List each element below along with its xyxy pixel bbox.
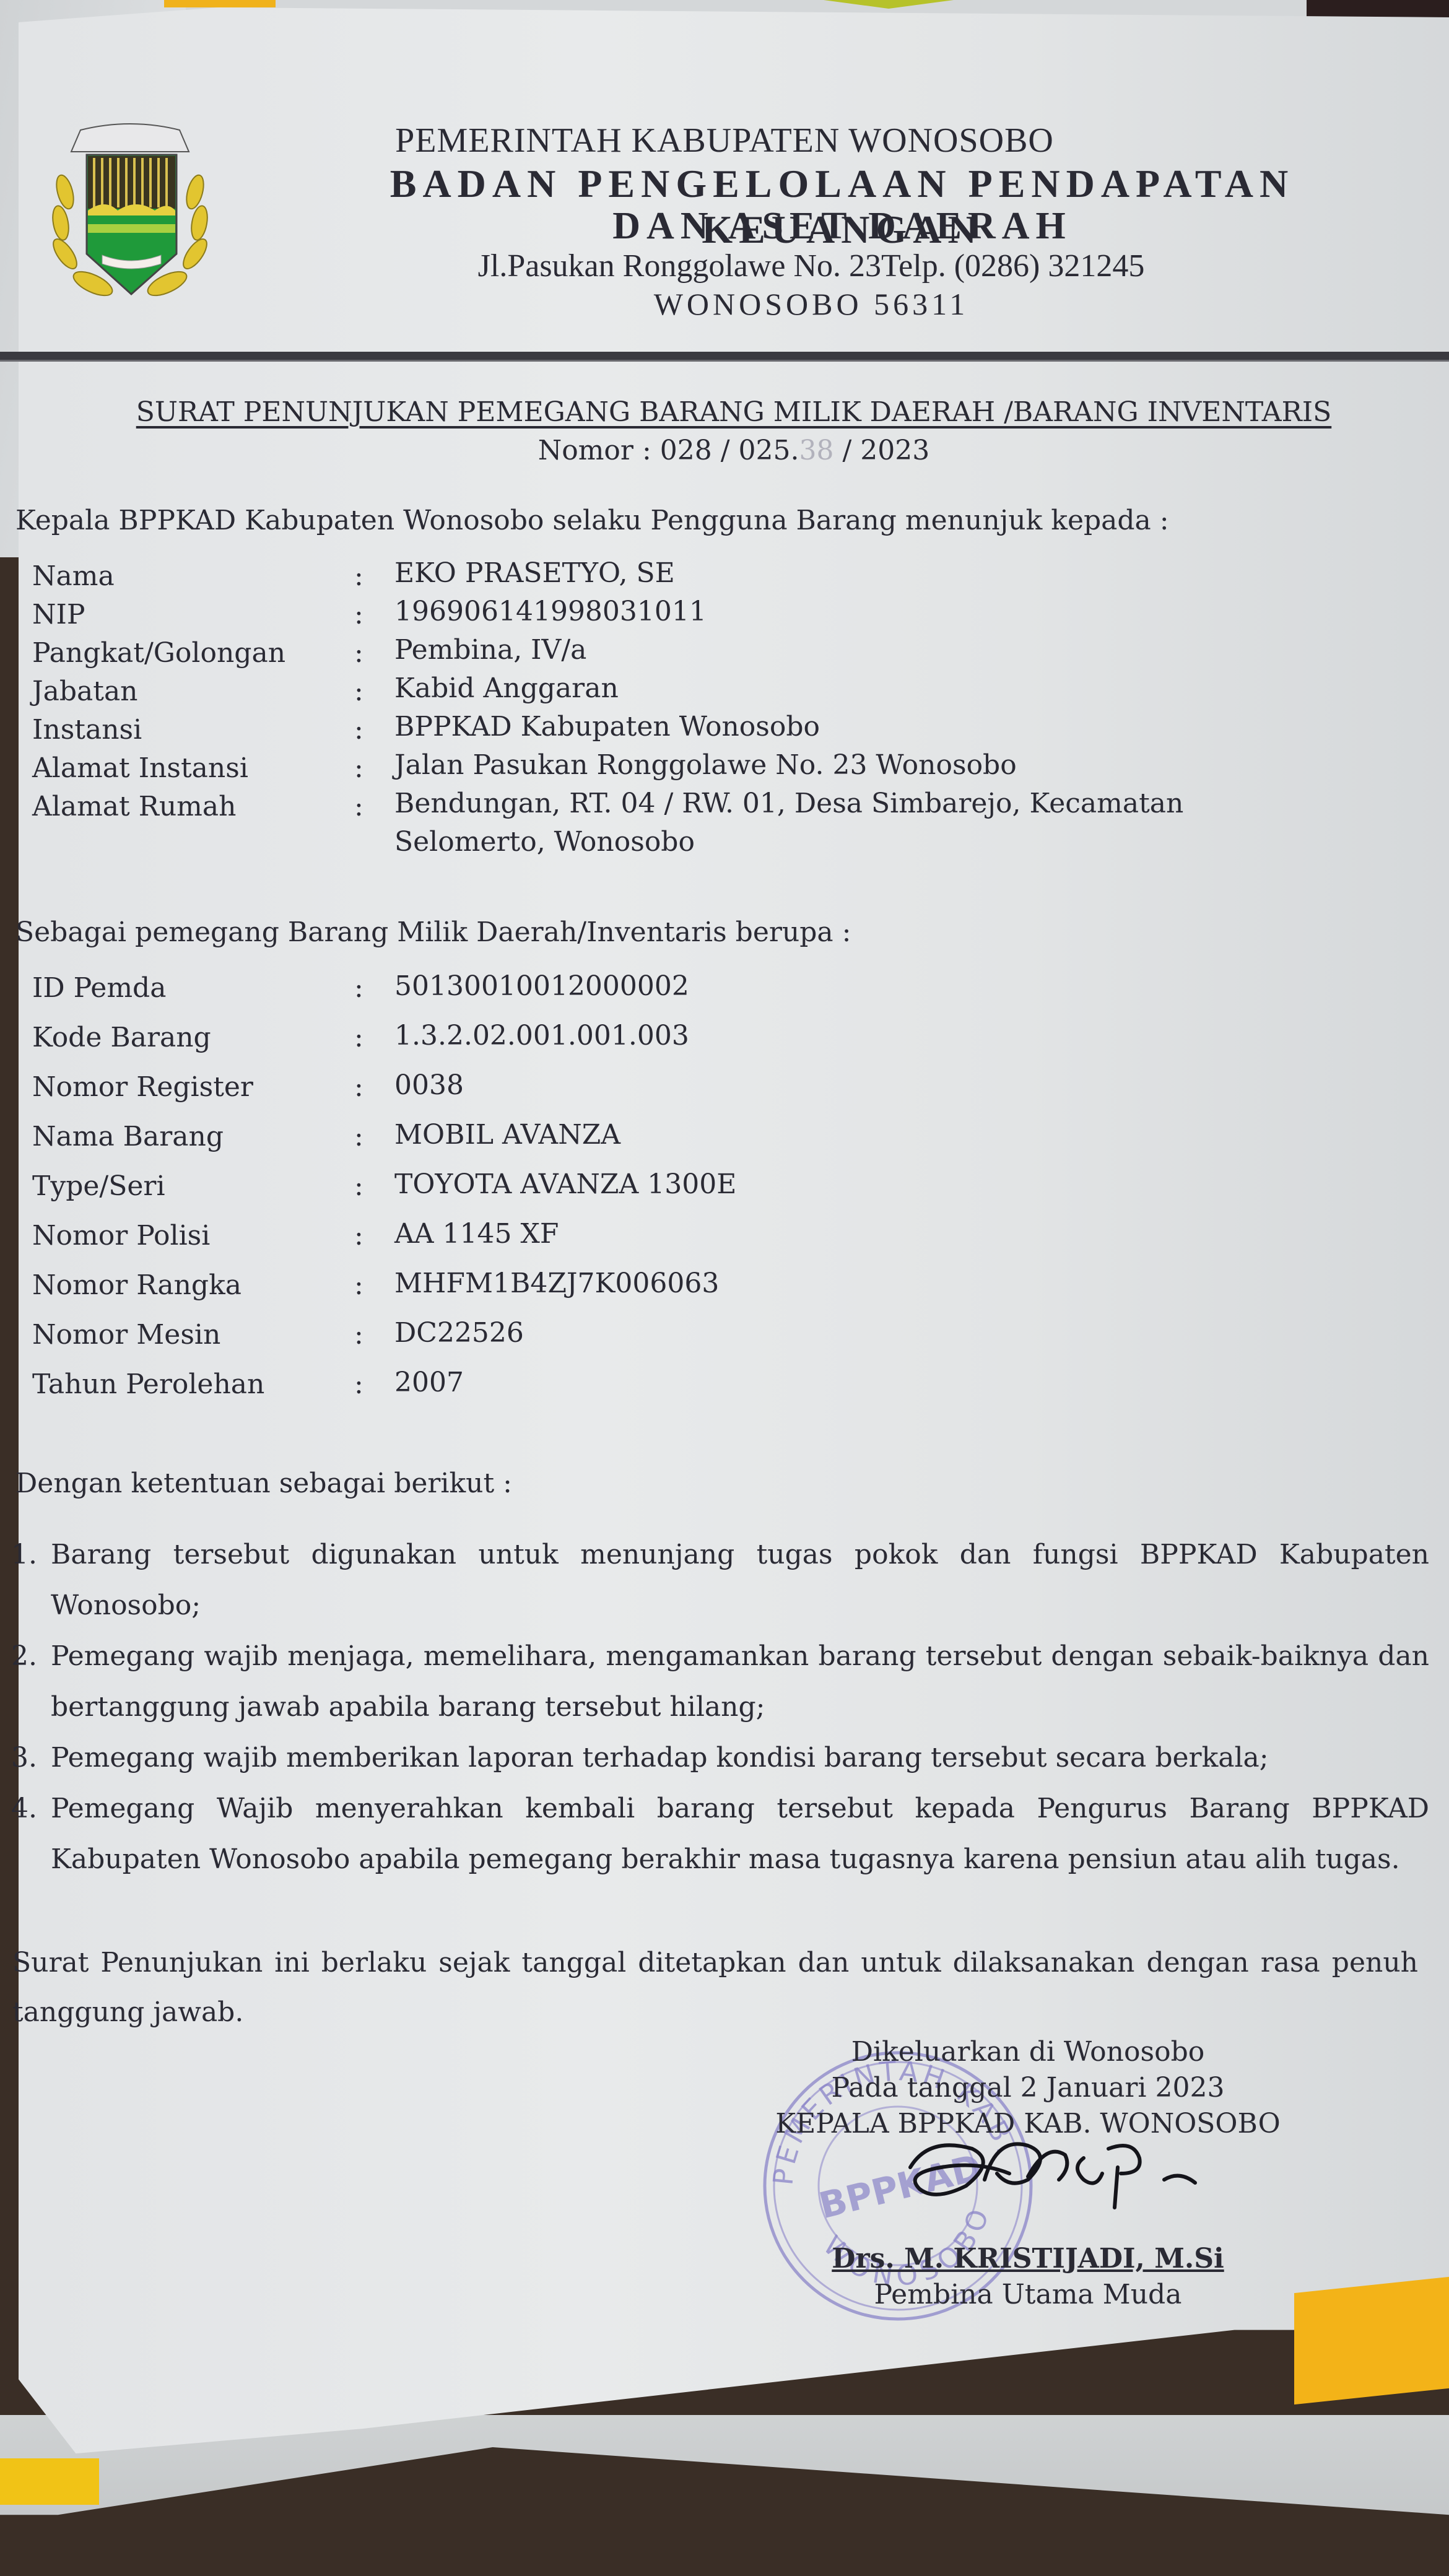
term-item: 1.Barang tersebut digunakan untuk menunj… xyxy=(11,1529,1429,1631)
field-colon: : xyxy=(354,972,363,1004)
field-label: Type/Seri xyxy=(32,1170,354,1202)
term-item: 2.Pemegang wajib menjaga, memelihara, me… xyxy=(11,1631,1429,1733)
letter-document: PEMERINTAH KABUPATEN WONOSOBO BADAN PENG… xyxy=(0,0,1449,2576)
field-colon: : xyxy=(354,599,363,630)
field-label: Pangkat/Golongan xyxy=(32,637,354,669)
coat-of-arms-icon xyxy=(43,118,217,303)
term-text: Pemegang Wajib menyerahkan kembali baran… xyxy=(51,1793,1429,1875)
terms-intro: Dengan ketentuan sebagai berikut : xyxy=(15,1468,512,1499)
issued-place: Dikeluarkan di Wonosobo xyxy=(743,2034,1313,2070)
field-label: Nomor Register xyxy=(32,1071,354,1103)
field-value: Kabid Anggaran xyxy=(394,669,1323,708)
term-item: 4.Pemegang Wajib menyerahkan kembali bar… xyxy=(11,1783,1429,1885)
field-colon: : xyxy=(354,1170,363,1202)
number-prefix: Nomor : 028 / 025. xyxy=(538,435,799,466)
term-text: Pemegang wajib menjaga, memelihara, meng… xyxy=(51,1640,1429,1723)
letterhead-agency-line2: DAN ASET DAERAH xyxy=(260,204,1424,248)
field-label: Alamat Instansi xyxy=(32,752,354,784)
field-colon: : xyxy=(354,1220,363,1251)
field-label: Nomor Rangka xyxy=(32,1269,354,1301)
field-value: AA 1145 XF xyxy=(394,1215,1323,1253)
letterhead-divider xyxy=(0,352,1449,362)
term-number: 4. xyxy=(11,1783,37,1834)
field-colon: : xyxy=(354,1071,363,1103)
field-colon: : xyxy=(354,1022,363,1053)
intro-paragraph: Kepala BPPKAD Kabupaten Wonosobo selaku … xyxy=(15,505,1169,536)
field-value: 50130010012000002 xyxy=(394,967,1323,1006)
field-label: NIP xyxy=(32,599,354,630)
field-label: Nomor Mesin xyxy=(32,1319,354,1351)
field-label: Nama Barang xyxy=(32,1121,354,1152)
document-title: SURAT PENUNJUKAN PEMEGANG BARANG MILIK D… xyxy=(115,396,1353,428)
term-number: 2. xyxy=(11,1631,37,1682)
field-label: ID Pemda xyxy=(32,972,354,1004)
field-value: BPPKAD Kabupaten Wonosobo xyxy=(394,708,1323,746)
issued-date: Pada tanggal 2 Januari 2023 xyxy=(743,2070,1313,2106)
letterhead-government: PEMERINTAH KABUPATEN WONOSOBO xyxy=(322,121,1127,160)
field-colon: : xyxy=(354,714,363,746)
term-item: 3.Pemegang wajib memberikan laporan terh… xyxy=(11,1733,1429,1783)
field-label: Kode Barang xyxy=(32,1022,354,1053)
field-colon: : xyxy=(354,1269,363,1301)
field-colon: : xyxy=(354,560,363,592)
handwritten-signature-icon xyxy=(904,2130,1201,2211)
field-colon: : xyxy=(354,676,363,707)
term-text: Barang tersebut digunakan untuk menunjan… xyxy=(51,1539,1429,1621)
number-suffix: / 2023 xyxy=(834,435,930,466)
letterhead-city: WONOSOBO 56311 xyxy=(322,286,1300,322)
closing-paragraph: Surat Penunjukan ini berlaku sejak tangg… xyxy=(12,1938,1418,2037)
field-value: DC22526 xyxy=(394,1314,1323,1352)
field-value: MHFM1B4ZJ7K006063 xyxy=(394,1264,1323,1303)
field-colon: : xyxy=(354,1368,363,1400)
field-label: Instansi xyxy=(32,714,354,746)
field-colon: : xyxy=(354,752,363,784)
field-colon: : xyxy=(354,791,363,822)
field-value: EKO PRASETYO, SE xyxy=(394,554,1323,593)
field-value-line2: Selomerto, Wonosobo xyxy=(394,826,695,858)
asset-intro: Sebagai pemegang Barang Milik Daerah/Inv… xyxy=(15,916,851,948)
field-value-line1: Bendungan, RT. 04 / RW. 01, Desa Simbare… xyxy=(394,788,1183,819)
field-value: TOYOTA AVANZA 1300E xyxy=(394,1165,1323,1204)
field-value: Pembina, IV/a xyxy=(394,631,1323,669)
field-label: Alamat Rumah xyxy=(32,791,354,822)
field-value: 2007 xyxy=(394,1364,1323,1402)
field-colon: : xyxy=(354,1121,363,1152)
field-colon: : xyxy=(354,1319,363,1351)
field-colon: : xyxy=(354,637,363,669)
document-number: Nomor : 028 / 025.38 / 2023 xyxy=(115,435,1353,466)
terms-list: 1.Barang tersebut digunakan untuk menunj… xyxy=(11,1529,1429,1885)
field-label: Nomor Polisi xyxy=(32,1220,354,1251)
letterhead-address: Jl.Pasukan Ronggolawe No. 23Telp. (0286)… xyxy=(322,248,1300,284)
number-handwritten: 38 xyxy=(799,435,834,466)
field-value: 1.3.2.02.001.001.003 xyxy=(394,1017,1323,1055)
signer-name: Drs. M. KRISTIJADI, M.Si xyxy=(743,2241,1313,2277)
field-value: Jalan Pasukan Ronggolawe No. 23 Wonosobo xyxy=(394,746,1323,785)
signer-rank: Pembina Utama Muda xyxy=(743,2277,1313,2313)
field-value: 0038 xyxy=(394,1066,1323,1105)
term-text: Pemegang wajib memberikan laporan terhad… xyxy=(51,1742,1269,1773)
field-label: Tahun Perolehan xyxy=(32,1368,354,1400)
term-number: 1. xyxy=(11,1529,37,1580)
field-value: MOBIL AVANZA xyxy=(394,1116,1323,1154)
term-number: 3. xyxy=(11,1733,37,1783)
field-value: Bendungan, RT. 04 / RW. 01, Desa Simbare… xyxy=(394,785,1323,861)
field-label: Jabatan xyxy=(32,676,354,707)
field-value: 196906141998031011 xyxy=(394,593,1323,631)
field-label: Nama xyxy=(32,560,354,592)
